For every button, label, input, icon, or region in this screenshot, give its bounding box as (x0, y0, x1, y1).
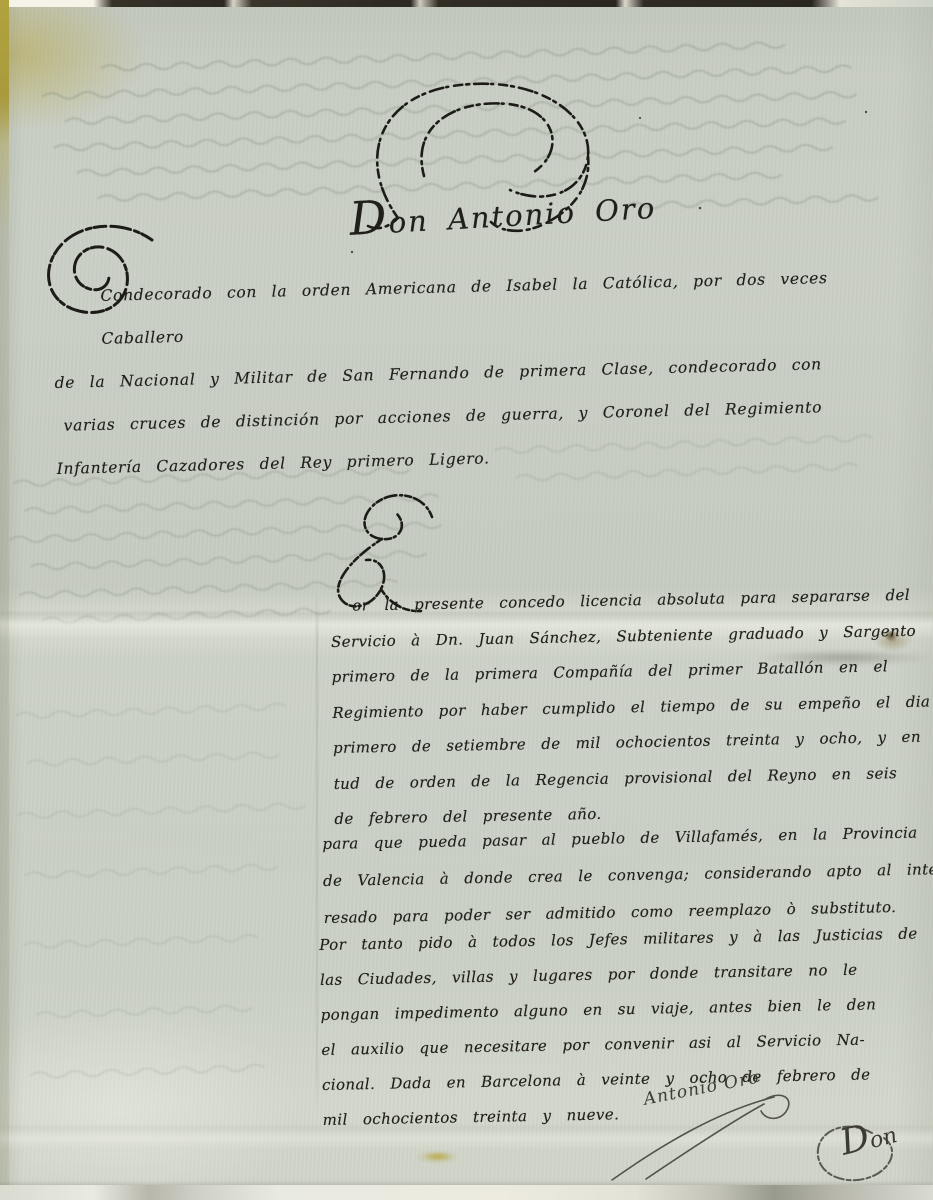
manuscript-page: Don Antonio Oro Condecorado con la orden… (0, 0, 933, 1200)
titles-paragraph: Condecorado con la orden Americana de Is… (52, 255, 915, 491)
page-edge-bottom (0, 1185, 933, 1200)
page-edge-top (0, 0, 933, 7)
page-edge-left (0, 0, 9, 1200)
body-paragraph-license: or la presente concedo licencia absoluta… (330, 578, 920, 838)
body-paragraph-order: Por tanto pido à todos los Jefes militar… (319, 917, 915, 1138)
